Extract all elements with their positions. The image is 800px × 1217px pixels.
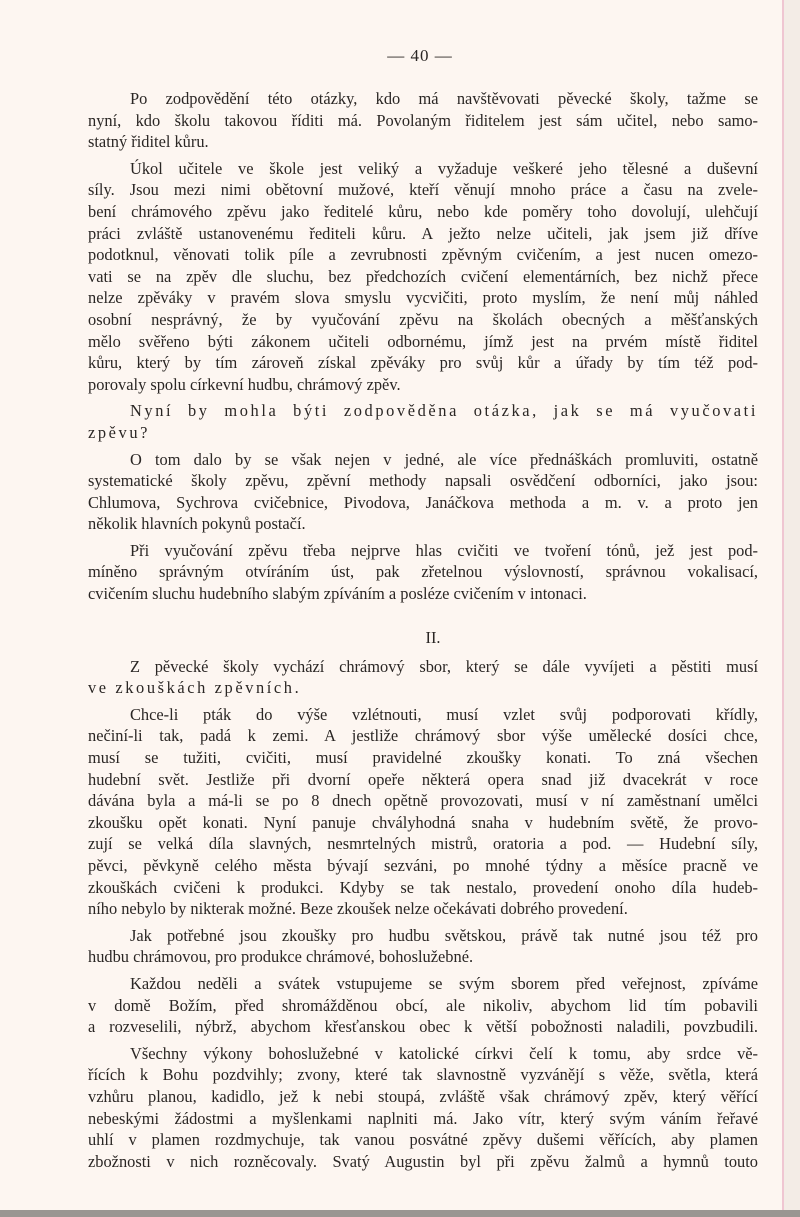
text-line: nebeskými žádostmi a myšlenkami naplniti… [88,1108,758,1130]
paragraph: Po zodpovědění této otázky, kdo má navšt… [88,88,758,153]
text-line: práci zvláště ustanovenému řediteli kůru… [88,223,758,245]
text-line: O tom dalo by se však nejen v jedné, ale… [88,449,758,471]
text-line: vzhůru planou, kadidlo, jež k nebi stoup… [88,1086,758,1108]
text-line: porovaly spolu církevní hudbu, chrámový … [88,374,758,396]
text-line: ve zkouškách zpěvních. [88,677,758,699]
text-line: nelze zpěváky v pravém slova smyslu vycv… [88,287,758,309]
paragraph: Úkol učitele ve škole jest veliký a vyža… [88,158,758,396]
text-line: Úkol učitele ve škole jest veliký a vyža… [88,158,758,180]
text-line: bení chrámového zpěvu jako ředitelé kůru… [88,201,758,223]
text-line: Každou neděli a svátek vstupujeme se svý… [88,973,758,995]
scan-bottom-edge [0,1210,800,1217]
paragraph: Při vyučování zpěvu třeba nejprve hlas c… [88,540,758,605]
paragraph: Z pěvecké školy vychází chrámový sbor, k… [88,656,758,699]
text-line: statný řiditel kůru. [88,131,758,153]
text-line: hudbu chrámovou, pro produkce chrámové, … [88,946,758,968]
text-line: musí se tužiti, cvičiti, musí pravidelné… [88,747,758,769]
text-line: Jak potřebné jsou zkoušky pro hudbu svět… [88,925,758,947]
text-line: ního nebylo by nikterak možné. Beze zkou… [88,898,758,920]
text-line: v domě Božím, před shromážděnou obcí, al… [88,995,758,1017]
text-line: Chlumova, Sychrova cvičebnice, Pivodova,… [88,492,758,514]
text-line: zují se velká díla slavných, nesmrtelnýc… [88,833,758,855]
text-line: míněno správným otvíráním úst, pak zřete… [88,561,758,583]
text-line: Nyní by mohla býti zodpověděna otázka, j… [88,400,758,422]
text-line: podotknul, věnovati tolik píle a zevrubn… [88,244,758,266]
text-line: síly. Jsou mezi nimi obětovní mužové, kt… [88,179,758,201]
text-line: Chce-li pták do výše vzlétnouti, musí vz… [88,704,758,726]
text-line: dávána byla a má-li se po 8 dnech opětně… [88,790,758,812]
text-line: nyní, kdo školu takovou říditi má. Povol… [88,110,758,132]
text-line: cvičením sluchu hudebního slabým zpívání… [88,583,758,605]
text-line: zbožnosti v nich rozněcovaly. Svatý Augu… [88,1151,758,1173]
body-text: Po zodpovědění této otázky, kdo má navšt… [88,88,758,1172]
page-number: — 40 — [0,46,800,66]
text-line: uhlí v plamen rozdmychuje, tak vanou pos… [88,1129,758,1151]
paragraph: Každou neděli a svátek vstupujeme se svý… [88,973,758,1038]
text-line: několik hlavních pokynů postačí. [88,513,758,535]
section-heading: II. [88,625,758,651]
text-line: vati se na zpěv dle sluchu, bez předchoz… [88,266,758,288]
paragraph: O tom dalo by se však nejen v jedné, ale… [88,449,758,535]
text-line: zpěvu? [88,422,758,444]
text-line: pěvci, pěvkyně celého města bývají sezvá… [88,855,758,877]
text-line: kůru, který by tím zároveň získal zpěvák… [88,352,758,374]
text-line: zkoušku opět konati. Nyní panuje chvályh… [88,812,758,834]
text-line: Po zodpovědění této otázky, kdo má navšt… [88,88,758,110]
text-line: nečiní-li tak, padá k zemi. A jestliže c… [88,725,758,747]
paragraph: Všechny výkony bohoslužebné v katolické … [88,1043,758,1173]
text-line: systematické školy zpěvu, zpěvní methody… [88,470,758,492]
text-line: hudební svět. Jestliže při dvorní opeře … [88,769,758,791]
text-line: osobní nesprávný, že by vyučování zpěvu … [88,309,758,331]
text-line: zkouškách cvičeni k produkci. Kdyby se t… [88,877,758,899]
paragraph: Jak potřebné jsou zkoušky pro hudbu svět… [88,925,758,968]
emphasized-question: Nyní by mohla býti zodpověděna otázka, j… [88,400,758,443]
text-line: Všechny výkony bohoslužebné v katolické … [88,1043,758,1065]
text-line: mělo svěřeno býti zákonem učiteli odborn… [88,331,758,353]
paragraph: Chce-li pták do výše vzlétnouti, musí vz… [88,704,758,920]
scanned-page: — 40 — Po zodpovědění této otázky, kdo m… [0,0,782,1208]
text-line: řících k Bohu pozdvihly; zvony, které ta… [88,1064,758,1086]
page-gutter [784,0,800,1210]
text-line: a rozveselili, nýbrž, abychom křesťansko… [88,1016,758,1038]
text-line: Při vyučování zpěvu třeba nejprve hlas c… [88,540,758,562]
text-line: Z pěvecké školy vychází chrámový sbor, k… [88,656,758,678]
